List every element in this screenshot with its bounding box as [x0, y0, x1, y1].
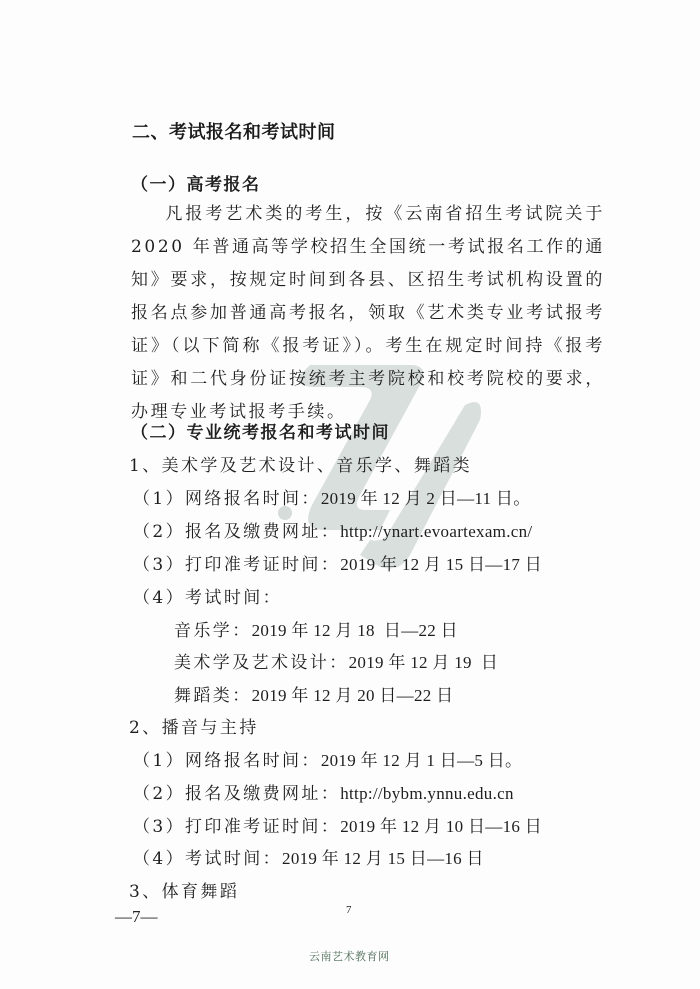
- schedule-date: 2019 年 12 月 18 日—22 日: [252, 621, 458, 640]
- item-label: （3）打印准考证时间：: [133, 817, 340, 837]
- item-value: 2019 年 12 月 15 日—16 日: [282, 849, 484, 868]
- gaokao-paragraph-text: 凡报考艺术类的考生，按《云南省招生考试院关于 2020 年普通高等学校招生全国统…: [131, 204, 605, 422]
- category-title: 1、美术学及艺术设计、音乐学、舞蹈类: [129, 455, 472, 477]
- item-label: （4）考试时间：: [133, 588, 282, 608]
- footer-site-name: 云南艺术教育网: [309, 948, 390, 964]
- item-exam-time: （4）考试时间：2019 年 12 月 15 日—16 日: [133, 848, 484, 870]
- item-label: （2）报名及缴费网址：: [133, 522, 340, 542]
- exam-schedule-dance: 舞蹈类：2019 年 12 月 20 日—22 日: [174, 685, 453, 707]
- item-exam-time: （4）考试时间：: [133, 587, 282, 609]
- item-registration-time: （1）网络报名时间：2019 年 12 月 1 日—5 日。: [133, 750, 522, 772]
- category-title: 3、体育舞蹈: [129, 881, 239, 903]
- schedule-subject: 舞蹈类：: [174, 686, 252, 706]
- gaokao-paragraph: 凡报考艺术类的考生，按《云南省招生考试院关于 2020 年普通高等学校招生全国统…: [131, 198, 605, 429]
- item-value: 2019 年 12 月 15 日—17 日: [340, 555, 542, 574]
- document-page: 二、考试报名和考试时间 （一）高考报名 凡报考艺术类的考生，按《云南省招生考试院…: [0, 0, 700, 989]
- subsection-heading-gaokao: （一）高考报名: [131, 174, 261, 196]
- schedule-date: 2019 年 12 月 20 日—22 日: [252, 686, 454, 705]
- item-label: （1）网络报名时间：: [133, 489, 321, 509]
- schedule-date: 2019 年 12 月 19 日: [349, 653, 499, 672]
- item-registration-url: （2）报名及缴费网址：http://ynart.evoartexam.cn/: [133, 521, 532, 543]
- exam-schedule-music: 音乐学：2019 年 12 月 18 日—22 日: [174, 620, 458, 642]
- scan-page-number: 7: [346, 904, 352, 916]
- item-label: （2）报名及缴费网址：: [133, 784, 340, 804]
- item-print-ticket-time: （3）打印准考证时间：2019 年 12 月 15 日—17 日: [133, 554, 542, 576]
- item-label: （3）打印准考证时间：: [133, 555, 340, 575]
- item-print-ticket-time: （3）打印准考证时间：2019 年 12 月 10 日—16 日: [133, 816, 542, 838]
- item-value: 2019 年 12 月 10 日—16 日: [340, 817, 542, 836]
- section-heading: 二、考试报名和考试时间: [132, 122, 336, 144]
- exam-schedule-art-design: 美术学及艺术设计：2019 年 12 月 19 日: [174, 652, 498, 674]
- schedule-subject: 美术学及艺术设计：: [174, 653, 349, 673]
- registration-url-link[interactable]: http://ynart.evoartexam.cn/: [340, 522, 532, 541]
- item-value: 2019 年 12 月 2 日—11 日。: [321, 489, 531, 508]
- printed-page-number: —7—: [115, 907, 158, 927]
- category-title: 2、播音与主持: [129, 717, 259, 739]
- subsection-heading-unified-exam: （二）专业统考报名和考试时间: [131, 422, 390, 444]
- registration-url-link[interactable]: http://bybm.ynnu.edu.cn: [340, 784, 514, 803]
- item-registration-url: （2）报名及缴费网址：http://bybm.ynnu.edu.cn: [133, 783, 514, 805]
- item-label: （4）考试时间：: [133, 849, 282, 869]
- item-registration-time: （1）网络报名时间：2019 年 12 月 2 日—11 日。: [133, 488, 531, 510]
- schedule-subject: 音乐学：: [174, 621, 252, 641]
- item-value: 2019 年 12 月 1 日—5 日。: [321, 751, 523, 770]
- item-label: （1）网络报名时间：: [133, 751, 321, 771]
